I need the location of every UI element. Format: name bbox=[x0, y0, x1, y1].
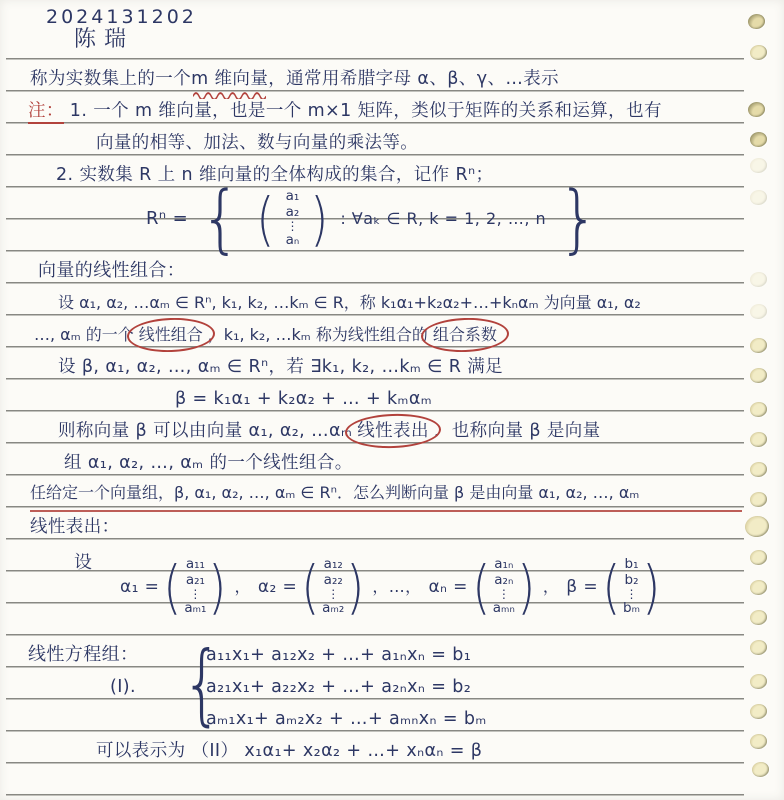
lc-paragraph-4: 组 α₁, α₂, …, αₘ 的一个线性组合。 bbox=[64, 450, 353, 476]
vectors-lead: 设 bbox=[74, 550, 92, 576]
vector-entry: a₁ bbox=[286, 189, 300, 205]
open-paren: ( bbox=[256, 190, 274, 248]
question-line-1: 任给定一个向量组，β, α₁, α₂, …, αₘ ∈ Rⁿ．怎么判断向量 β … bbox=[30, 480, 742, 512]
binding-hole bbox=[749, 673, 768, 690]
binding-hole bbox=[749, 609, 768, 626]
alphan-label: αₙ = bbox=[429, 574, 468, 600]
beta-formula: β = k₁α₁ + k₂α₂ + … + kₘαₘ bbox=[175, 386, 432, 412]
rn-column-vector: a₁ a₂ ⋮ aₙ bbox=[286, 189, 300, 249]
lc-paragraph-3: 则称向量 β 可以由向量 α₁, α₂, …αₘ线性表出．也称向量 β 是向量 bbox=[58, 418, 601, 444]
binding-hole bbox=[749, 44, 768, 61]
note-label: 注： bbox=[28, 101, 64, 124]
binding-hole bbox=[749, 189, 768, 206]
section-heading-linear-combination: 向量的线性组合： bbox=[38, 258, 185, 284]
lc-p3-pre: 则称向量 β 可以由向量 α₁, α₂, …αₘ bbox=[58, 421, 352, 441]
note-line-1: 注： 1. 一个 m 维向量，也是一个 m×1 矩阵，类似于矩阵的关系和运算，也… bbox=[28, 98, 662, 124]
close-paren: ) bbox=[642, 558, 660, 616]
lc-p1-pre: …, αₘ 的一个 bbox=[34, 325, 134, 344]
term-combination-coefficients: 组合系数 bbox=[428, 322, 502, 348]
equation-1: a₁₁x₁+ a₁₂x₂ + …+ a₁ₙxₙ = b₁ bbox=[206, 642, 471, 668]
lc-paragraph-line-2: …, αₘ 的一个线性组合，k₁, k₂, …kₘ 称为线性组合的组合系数 bbox=[34, 322, 502, 348]
rn-lhs: Rⁿ = bbox=[146, 206, 188, 232]
close-brace: } bbox=[559, 184, 599, 254]
vector-entry: b₁ bbox=[625, 557, 639, 573]
intro-text-pre: 称为实数集上的一个 bbox=[30, 69, 191, 89]
binding-hole bbox=[749, 337, 768, 354]
vector-entry: a₂ bbox=[286, 205, 300, 221]
term-linear-combination: 线性组合 bbox=[134, 322, 208, 348]
vector-entry: aₘ₂ bbox=[322, 601, 344, 617]
intro-text-post: ，通常用希腊字母 α、β、γ、…表示 bbox=[268, 69, 559, 89]
vector-entry: a₂₁ bbox=[186, 573, 205, 589]
binding-hole bbox=[747, 13, 766, 30]
equation-3: aₘ₁x₁+ aₘ₂x₂ + …+ aₘₙxₙ = bₘ bbox=[206, 706, 487, 732]
binding-hole bbox=[744, 514, 771, 538]
vector-entry: a₂ₙ bbox=[494, 573, 513, 589]
lc-p3-post: ．也称向量 β 是向量 bbox=[434, 421, 601, 441]
vector-entry: b₂ bbox=[625, 573, 639, 589]
vector-entry: a₁₁ bbox=[186, 557, 205, 573]
rn-condition: : ∀aₖ ∈ R, k = 1, 2, …, n bbox=[340, 206, 546, 232]
vector-entry: aₙ bbox=[286, 233, 300, 249]
separator-ellipsis: ，…， bbox=[372, 574, 421, 600]
system-label: (I). bbox=[110, 674, 136, 700]
binding-hole bbox=[749, 491, 768, 508]
binding-hole bbox=[749, 639, 768, 656]
system-conclusion: 可以表示为 （II） x₁α₁+ x₂α₂ + …+ xₙαₙ = β bbox=[96, 738, 482, 764]
term-m-dim-vector: m 维向量 bbox=[191, 66, 268, 92]
lc-paragraph-line-1: 设 α₁, α₂, …αₘ ∈ Rⁿ, k₁, k₂, …kₘ ∈ R，称 k₁… bbox=[58, 290, 641, 316]
separator: ， bbox=[543, 574, 559, 600]
rn-set-formula: Rⁿ = { ( a₁ a₂ ⋮ aₙ ) : ∀aₖ ∈ R, k = 1, … bbox=[146, 184, 603, 254]
vector-entry: aₘ₁ bbox=[184, 601, 206, 617]
vector-definitions-row: α₁ = ( a₁₁ a₂₁ ⋮ aₘ₁ ) ， α₂ = ( a₁₂ a₂₂ … bbox=[118, 546, 663, 628]
close-paren: ) bbox=[209, 558, 227, 616]
vector-entry: bₘ bbox=[623, 601, 640, 617]
beta-vector: b₁ b₂ ⋮ bₘ bbox=[623, 557, 640, 617]
binding-hole bbox=[749, 703, 768, 720]
binding-hole bbox=[749, 579, 768, 596]
open-paren: ( bbox=[602, 558, 620, 616]
binding-hole bbox=[749, 131, 768, 148]
alpha2-label: α₂ = bbox=[258, 574, 297, 600]
beta-label: β = bbox=[566, 574, 598, 600]
system-heading: 线性方程组： bbox=[28, 642, 138, 668]
close-paren: ) bbox=[517, 558, 535, 616]
separator: ， bbox=[234, 574, 250, 600]
lc-p1-mid: ，k₁, k₂, …kₘ 称为线性组合的 bbox=[208, 325, 428, 344]
binding-hole bbox=[749, 461, 768, 478]
term-linearly-expressed: 线性表出 bbox=[352, 418, 434, 444]
open-paren: ( bbox=[472, 558, 490, 616]
binding-hole bbox=[749, 157, 768, 174]
open-brace: { bbox=[201, 184, 241, 254]
binding-hole bbox=[749, 549, 768, 566]
binding-hole bbox=[747, 101, 766, 118]
note-line-2: 向量的相等、加法、数与向量的乘法等。 bbox=[96, 130, 418, 156]
close-paren: ) bbox=[347, 558, 365, 616]
vector-entry: a₂₂ bbox=[324, 573, 343, 589]
red-underlined-text: 任给定一个向量组，β, α₁, α₂, …, αₘ ∈ Rⁿ．怎么判断向量 β … bbox=[30, 480, 742, 512]
binding-hole bbox=[749, 431, 768, 448]
note-item1-text: 1. 一个 m 维向量，也是一个 m×1 矩阵，类似于矩阵的关系和运算，也有 bbox=[70, 101, 662, 121]
binding-hole bbox=[749, 271, 768, 288]
binding-hole bbox=[749, 367, 768, 384]
vector-entry: aₘₙ bbox=[493, 601, 515, 617]
binding-hole bbox=[749, 303, 768, 320]
question-line-2: 线性表出： bbox=[30, 514, 120, 540]
author-name: 陈瑞 bbox=[74, 27, 134, 53]
binding-hole bbox=[751, 761, 770, 778]
close-paren: ) bbox=[311, 190, 329, 248]
vector-entry: a₁ₙ bbox=[494, 557, 513, 573]
alpha1-vector: a₁₁ a₂₁ ⋮ aₘ₁ bbox=[184, 557, 206, 617]
open-paren: ( bbox=[301, 558, 319, 616]
alpha1-label: α₁ = bbox=[120, 574, 159, 600]
alpha2-vector: a₁₂ a₂₂ ⋮ aₘ₂ bbox=[322, 557, 344, 617]
open-paren: ( bbox=[164, 558, 182, 616]
binding-hole bbox=[749, 401, 768, 418]
equation-2: a₂₁x₁+ a₂₂x₂ + …+ a₂ₙxₙ = b₂ bbox=[206, 674, 471, 700]
alphan-vector: a₁ₙ a₂ₙ ⋮ aₘₙ bbox=[493, 557, 515, 617]
binding-hole bbox=[749, 733, 768, 750]
notebook-page: 2024131202 陈瑞 称为实数集上的一个m 维向量，通常用希腊字母 α、β… bbox=[0, 0, 784, 800]
intro-line: 称为实数集上的一个m 维向量，通常用希腊字母 α、β、γ、…表示 bbox=[30, 66, 559, 92]
lc-paragraph-2: 设 β, α₁, α₂, …, αₘ ∈ Rⁿ，若 ∃k₁, k₂, …kₘ ∈… bbox=[58, 354, 503, 380]
vector-entry: a₁₂ bbox=[324, 557, 343, 573]
